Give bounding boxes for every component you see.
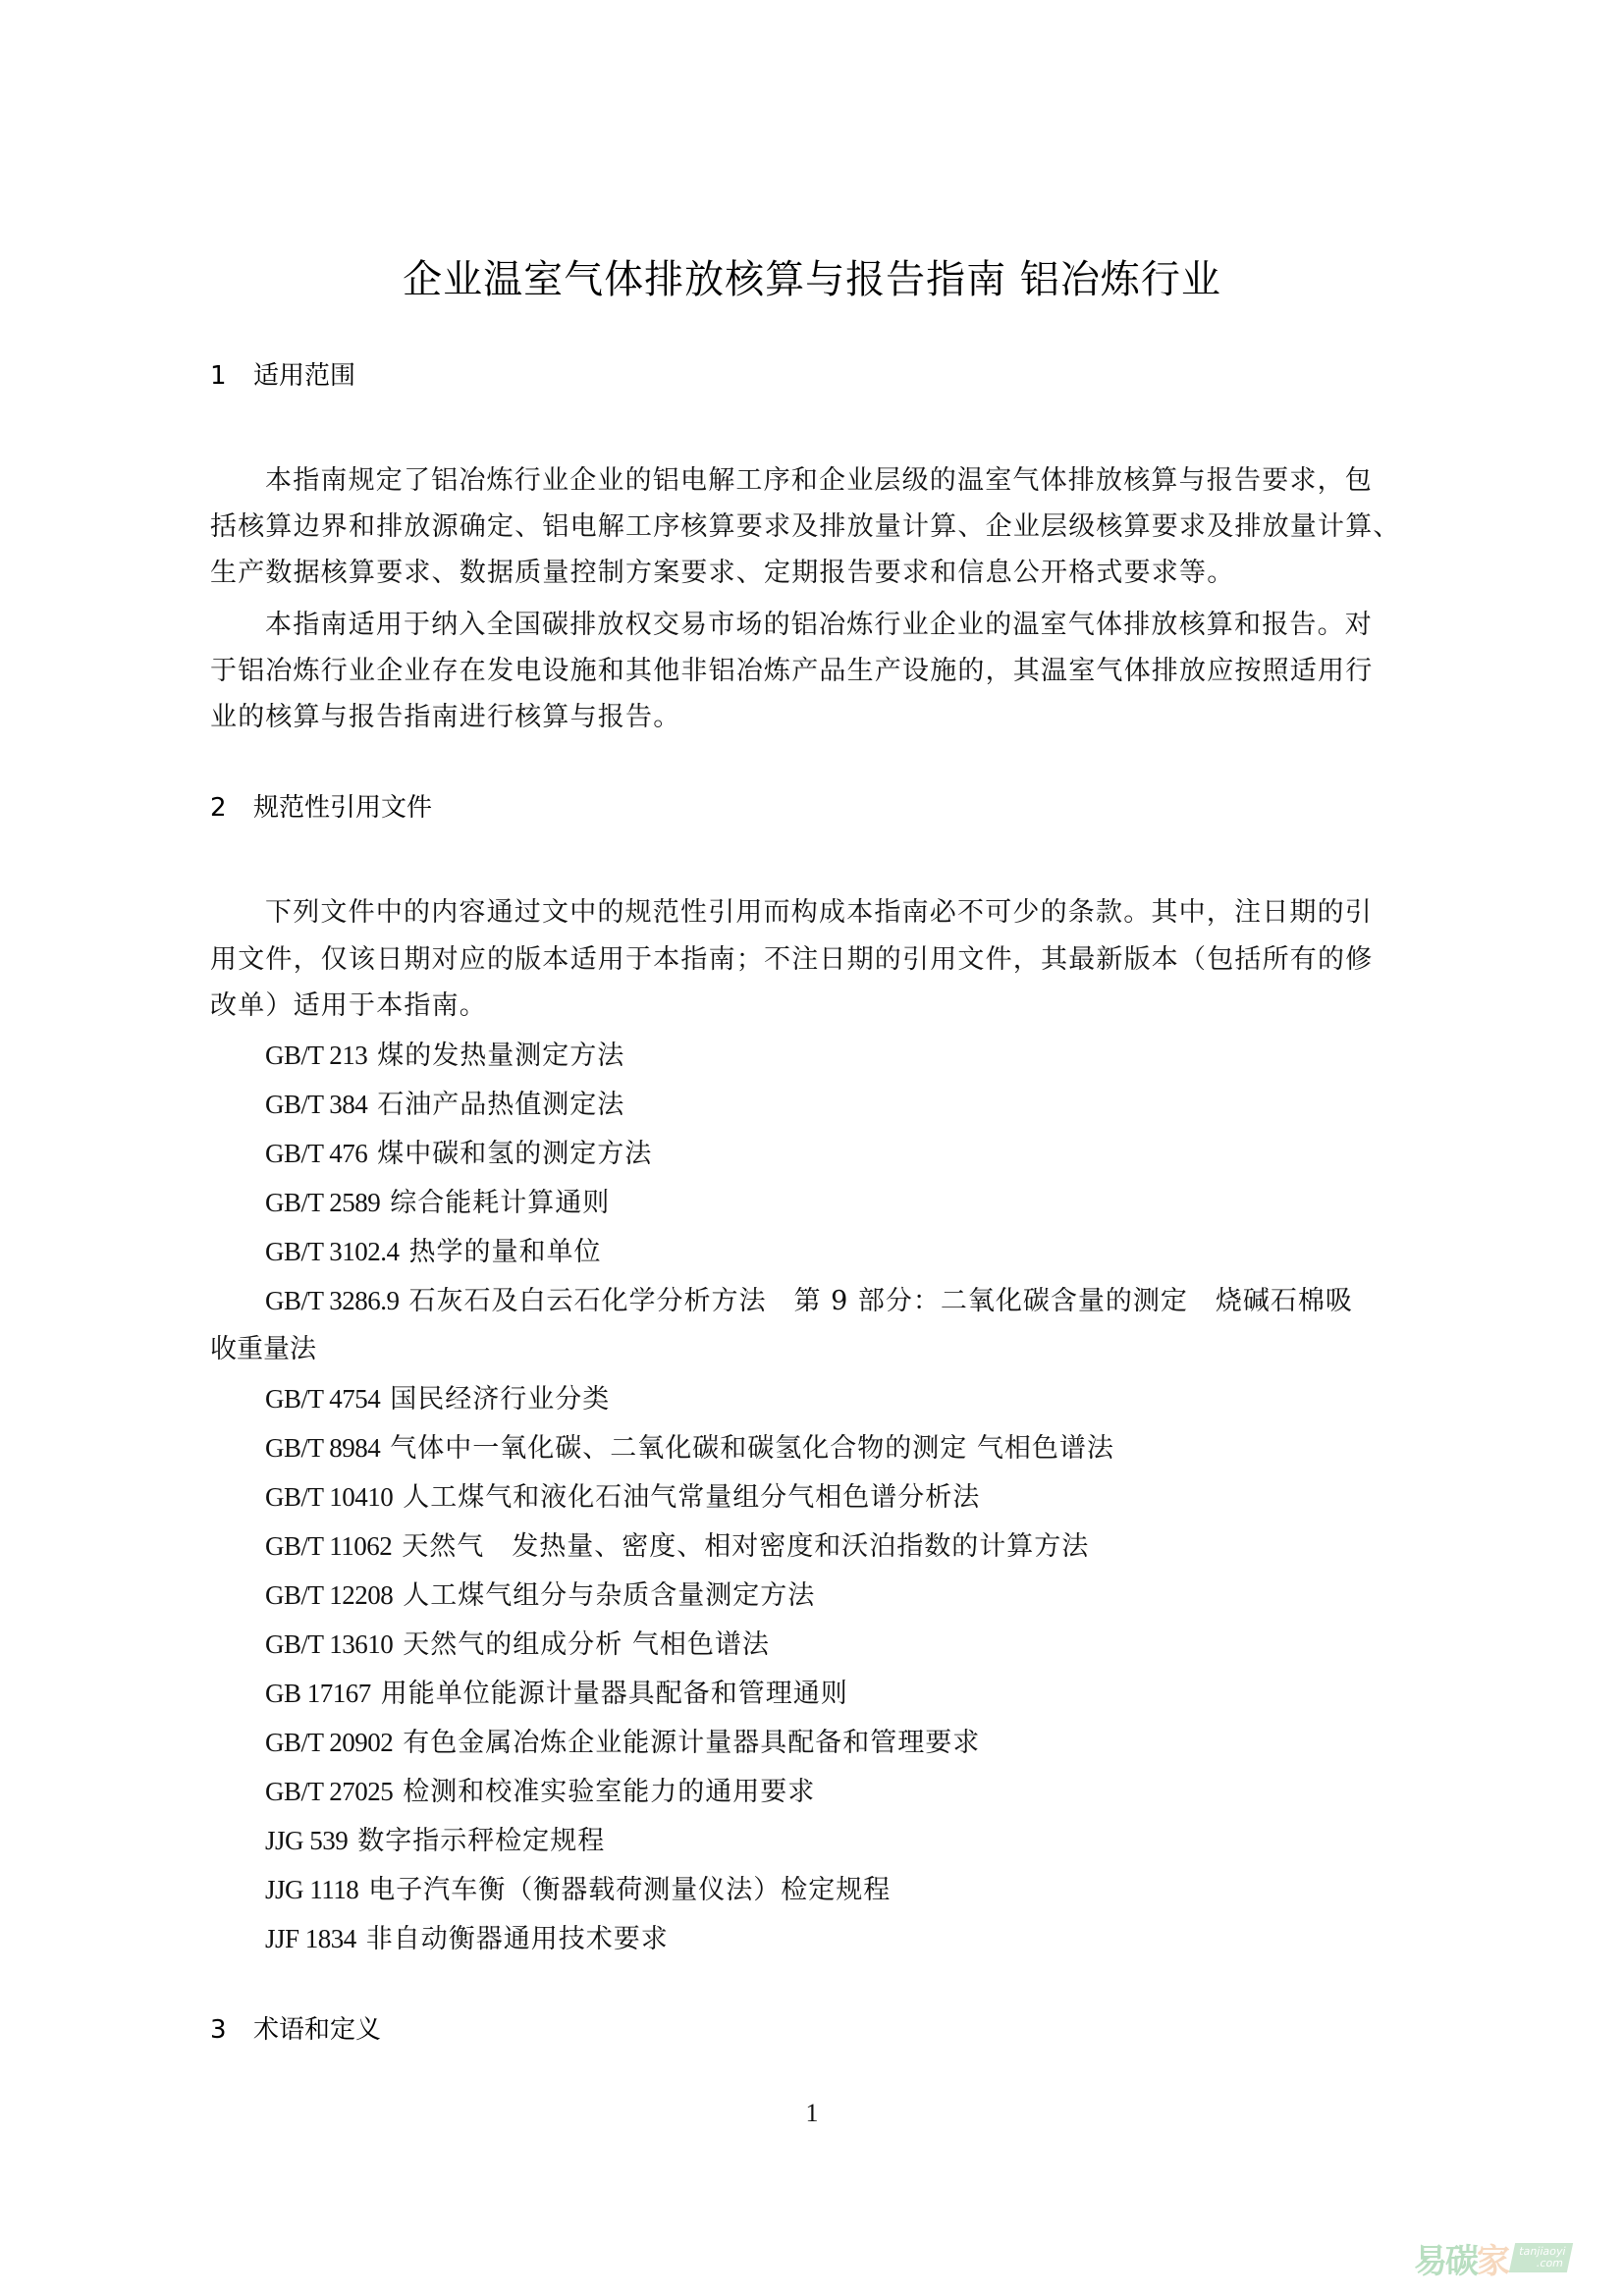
watermark-tld: .com xyxy=(1536,2257,1565,2269)
reference-title: 煤的发热量测定方法 xyxy=(377,1041,624,1071)
paragraph-line: 下列文件中的内容通过文中的规范性引用而构成本指南必不可少的条款。其中，注日期的引 xyxy=(265,893,1373,933)
reference-code: JJF 1834 xyxy=(265,1924,356,1953)
section-heading-3: 3术语和定义 xyxy=(210,2012,381,2048)
reference-code: GB/T 8984 xyxy=(265,1433,380,1463)
section-number: 2 xyxy=(210,790,253,826)
reference-item: GB/T 10410人工煤气和液化石油气常量组分气相色谱分析法 xyxy=(265,1477,980,1518)
reference-code: GB/T 213 xyxy=(265,1041,367,1070)
reference-item: GB 17167用能单位能源计量器具配备和管理通则 xyxy=(265,1674,848,1714)
reference-code: GB/T 27025 xyxy=(265,1777,393,1806)
paragraph-line: 本指南适用于纳入全国碳排放权交易市场的铝冶炼行业企业的温室气体排放核算和报告。对 xyxy=(265,606,1373,645)
reference-item: JJG 539数字指示秤检定规程 xyxy=(265,1821,605,1861)
paragraph-line: 括核算边界和排放源确定、铝电解工序核算要求及排放量计算、企业层级核算要求及排放量… xyxy=(210,507,1401,547)
reference-code: JJG 1118 xyxy=(265,1875,358,1904)
paragraph-line: 用文件，仅该日期对应的版本适用于本指南；不注日期的引用文件，其最新版本（包括所有… xyxy=(210,940,1373,980)
reference-title: 气体中一氧化碳、二氧化碳和碳氢化合物的测定 气相色谱法 xyxy=(390,1433,1114,1464)
section-title: 术语和定义 xyxy=(253,2015,381,2045)
page-number: 1 xyxy=(0,2096,1624,2131)
reference-item: GB/T 2589综合能耗计算通则 xyxy=(265,1183,610,1223)
section-heading-1: 1适用范围 xyxy=(210,358,355,394)
reference-item: GB/T 384石油产品热值测定法 xyxy=(265,1085,624,1125)
reference-item: JJG 1118电子汽车衡（衡器载荷测量仪法）检定规程 xyxy=(265,1870,891,1910)
reference-title: 非自动衡器通用技术要求 xyxy=(366,1924,669,1954)
section-number: 1 xyxy=(210,358,253,394)
watermark-text-green: 易碳 xyxy=(1414,2242,1477,2281)
reference-item: GB/T 3286.9石灰石及白云石化学分析方法 第 9 部分：二氧化碳含量的测… xyxy=(265,1281,1353,1321)
reference-title: 石灰石及白云石化学分析方法 第 9 部分：二氧化碳含量的测定 烧碱石棉吸 xyxy=(409,1286,1353,1316)
paragraph-line: 改单）适用于本指南。 xyxy=(210,987,487,1026)
reference-item: GB/T 476煤中碳和氢的测定方法 xyxy=(265,1134,652,1174)
reference-title: 数字指示秤检定规程 xyxy=(357,1826,605,1856)
reference-code: GB/T 4754 xyxy=(265,1384,380,1414)
watermark-logo: 易碳家 tanjiaoyi.com xyxy=(1414,2233,1620,2282)
reference-code: JJG 539 xyxy=(265,1826,348,1855)
reference-code: GB/T 11062 xyxy=(265,1531,392,1561)
reference-title: 检测和校准实验室能力的通用要求 xyxy=(403,1777,815,1807)
paragraph-line: 业的核算与报告指南进行核算与报告。 xyxy=(210,698,680,737)
reference-title: 热学的量和单位 xyxy=(409,1237,602,1267)
reference-code: GB/T 20902 xyxy=(265,1728,393,1757)
reference-title: 煤中碳和氢的测定方法 xyxy=(377,1139,652,1169)
reference-code: GB/T 13610 xyxy=(265,1629,393,1659)
reference-item: GB/T 4754国民经济行业分类 xyxy=(265,1379,610,1419)
reference-item: GB/T 27025检测和校准实验室能力的通用要求 xyxy=(265,1772,815,1812)
reference-item: GB/T 13610天然气的组成分析 气相色谱法 xyxy=(265,1625,770,1665)
reference-title: 电子汽车衡（衡器载荷测量仪法）检定规程 xyxy=(368,1875,891,1905)
reference-code: GB 17167 xyxy=(265,1679,371,1708)
watermark-badge: tanjiaoyi.com xyxy=(1509,2243,1574,2272)
reference-item: GB/T 12208人工煤气组分与杂质含量测定方法 xyxy=(265,1575,815,1616)
document-title: 企业温室气体排放核算与报告指南 铝冶炼行业 xyxy=(0,250,1624,309)
section-number: 3 xyxy=(210,2012,253,2048)
reference-title: 国民经济行业分类 xyxy=(390,1384,610,1415)
reference-continuation: 收重量法 xyxy=(210,1330,316,1369)
reference-item: GB/T 3102.4热学的量和单位 xyxy=(265,1232,602,1272)
reference-code: GB/T 3102.4 xyxy=(265,1237,400,1266)
document-page: 企业温室气体排放核算与报告指南 铝冶炼行业 1适用范围 本指南规定了铝冶炼行业企… xyxy=(0,0,1624,2296)
reference-code: GB/T 12208 xyxy=(265,1580,393,1610)
paragraph-line: 生产数据核算要求、数据质量控制方案要求、定期报告要求和信息公开格式要求等。 xyxy=(210,554,1234,593)
paragraph-line: 于铝冶炼行业企业存在发电设施和其他非铝冶炼产品生产设施的，其温室气体排放应按照适… xyxy=(210,652,1373,691)
reference-title: 人工煤气和液化石油气常量组分气相色谱分析法 xyxy=(403,1482,980,1513)
reference-item: GB/T 8984气体中一氧化碳、二氧化碳和碳氢化合物的测定 气相色谱法 xyxy=(265,1428,1114,1468)
paragraph-line: 本指南规定了铝冶炼行业企业的铝电解工序和企业层级的温室气体排放核算与报告要求，包 xyxy=(265,461,1416,501)
reference-title: 石油产品热值测定法 xyxy=(377,1090,624,1120)
reference-title: 人工煤气组分与杂质含量测定方法 xyxy=(403,1580,815,1611)
reference-code: GB/T 384 xyxy=(265,1090,367,1119)
watermark-text-orange: 家 xyxy=(1477,2242,1508,2281)
reference-title: 有色金属冶炼企业能源计量器具配备和管理要求 xyxy=(403,1728,980,1758)
reference-title: 天然气 发热量、密度、相对密度和沃泊指数的计算方法 xyxy=(402,1531,1089,1562)
reference-item: GB/T 20902有色金属冶炼企业能源计量器具配备和管理要求 xyxy=(265,1723,980,1763)
section-title: 适用范围 xyxy=(253,361,355,391)
reference-item: GB/T 11062天然气 发热量、密度、相对密度和沃泊指数的计算方法 xyxy=(265,1526,1089,1567)
reference-title: 综合能耗计算通则 xyxy=(390,1188,610,1218)
reference-code: GB/T 476 xyxy=(265,1139,367,1168)
reference-code: GB/T 3286.9 xyxy=(265,1286,400,1315)
section-title: 规范性引用文件 xyxy=(253,793,432,823)
reference-item: JJF 1834非自动衡器通用技术要求 xyxy=(265,1919,669,1959)
reference-code: GB/T 10410 xyxy=(265,1482,393,1512)
reference-title: 用能单位能源计量器具配备和管理通则 xyxy=(381,1679,848,1709)
reference-title: 天然气的组成分析 气相色谱法 xyxy=(403,1629,770,1660)
section-heading-2: 2规范性引用文件 xyxy=(210,790,432,826)
watermark-text: 易碳家 xyxy=(1414,2234,1508,2282)
reference-code: GB/T 2589 xyxy=(265,1188,380,1217)
reference-item: GB/T 213煤的发热量测定方法 xyxy=(265,1036,624,1076)
